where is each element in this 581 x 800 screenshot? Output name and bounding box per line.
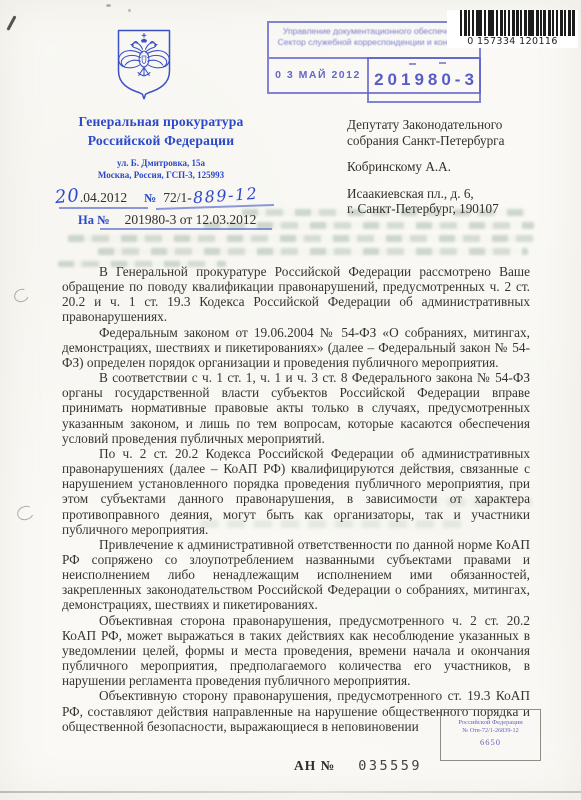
registry-stamp: Российской Федерации№ Отв-72/1-26839-126… xyxy=(440,709,541,761)
stamp-date: 0 3 МАЙ 2012 xyxy=(269,59,367,90)
recipient-block: Депутату Законодательногособрания Санкт-… xyxy=(347,117,504,217)
handwritten-number: 889-12 xyxy=(192,184,258,208)
stamp-department-line2: Сектор служебной корреспонденции и контр… xyxy=(272,37,476,48)
org-address-line1: ул. Б. Дмитровка, 15а xyxy=(30,157,292,169)
org-address-line2: Москва, Россия, ГСП-3, 125993 xyxy=(30,169,292,181)
registry-stamp-line: 6650 xyxy=(441,737,540,747)
scan-speck xyxy=(106,4,111,7)
recipient-line: г. Санкт-Петербург, 190107 xyxy=(347,201,504,217)
registry-stamp-line: Российской Федерации xyxy=(441,719,540,727)
letter-body: В Генеральной прокуратуре Российской Фед… xyxy=(62,264,530,734)
body-paragraph: Федеральным законом от 19.06.2004 № 54-Ф… xyxy=(62,325,530,370)
reply-ref-underline xyxy=(100,228,272,230)
org-name-line2: Российской Федерации xyxy=(30,131,292,150)
body-paragraph: Привлечение к административной ответстве… xyxy=(62,537,530,613)
incoming-reference-row: На №201980-3 от 12.03.2012 xyxy=(78,211,256,229)
date-underline xyxy=(59,207,148,209)
registry-stamp-line: № Отв-72/1-26839-12 xyxy=(441,727,540,735)
body-paragraph: Объективная сторона правонарушения, пред… xyxy=(62,613,530,689)
scanned-letter-page: Генеральная прокуратура Российской Федер… xyxy=(0,0,581,800)
reply-ref-label: На № xyxy=(78,213,110,227)
org-address: ул. Б. Дмитровка, 15а Москва, Россия, ГС… xyxy=(30,157,292,181)
barcode-icon xyxy=(460,10,576,37)
reference-block: 20.04.2012№72/1-889-12 На №201980-3 от 1… xyxy=(55,186,305,238)
body-paragraph: В соответствии с ч. 1 ст. 1, ч. 1 и ч. 3… xyxy=(62,370,530,446)
form-series: АН №035559 xyxy=(294,757,422,775)
stamp-number-box: 201980-3 xyxy=(367,57,481,103)
stamp-department-lines: Управление документационного обеспечения… xyxy=(272,26,476,48)
org-name-line1: Генеральная прокуратура xyxy=(30,112,292,131)
printed-date: .04.2012 xyxy=(80,190,127,205)
stamp-department-line1: Управление документационного обеспечения xyxy=(272,26,476,37)
barcode-label: 0 157334 120116 xyxy=(447,10,578,48)
scan-edge-line xyxy=(0,791,581,793)
recipient-line: Кобринскому А.А. xyxy=(347,159,504,175)
series-number: 035559 xyxy=(358,758,422,774)
scan-ring-mark xyxy=(15,504,36,523)
recipient-line: Исаакиевская пл., д. 6, xyxy=(347,186,504,202)
series-label: АН № xyxy=(294,758,335,773)
barcode-number: 0 157334 120116 xyxy=(447,36,578,48)
recipient-line: Депутату Законодательного xyxy=(347,117,504,133)
handwritten-day: 20 xyxy=(54,185,81,208)
scan-ring-mark xyxy=(12,286,31,304)
recipient-line: собрания Санкт-Петербурга xyxy=(347,133,504,149)
printed-number-prefix: 72/1- xyxy=(163,190,192,205)
emblem-frame xyxy=(114,27,174,103)
body-paragraph: По ч. 2 ст. 20.2 Кодекса Российской Феде… xyxy=(62,446,530,537)
stamp-number: 201980-3 xyxy=(374,70,478,90)
body-paragraph: В Генеральной прокуратуре Российской Фед… xyxy=(62,264,530,325)
reply-ref-value: 201980-3 от 12.03.2012 xyxy=(125,212,257,227)
scan-speck xyxy=(128,9,131,12)
letterhead: Генеральная прокуратура Российской Федер… xyxy=(30,112,292,181)
outgoing-reference-row: 20.04.2012№72/1-889-12 xyxy=(55,186,258,207)
scan-pen-mark xyxy=(6,15,16,30)
russia-coat-of-arms-icon xyxy=(114,27,174,103)
number-sign: № xyxy=(144,191,156,205)
